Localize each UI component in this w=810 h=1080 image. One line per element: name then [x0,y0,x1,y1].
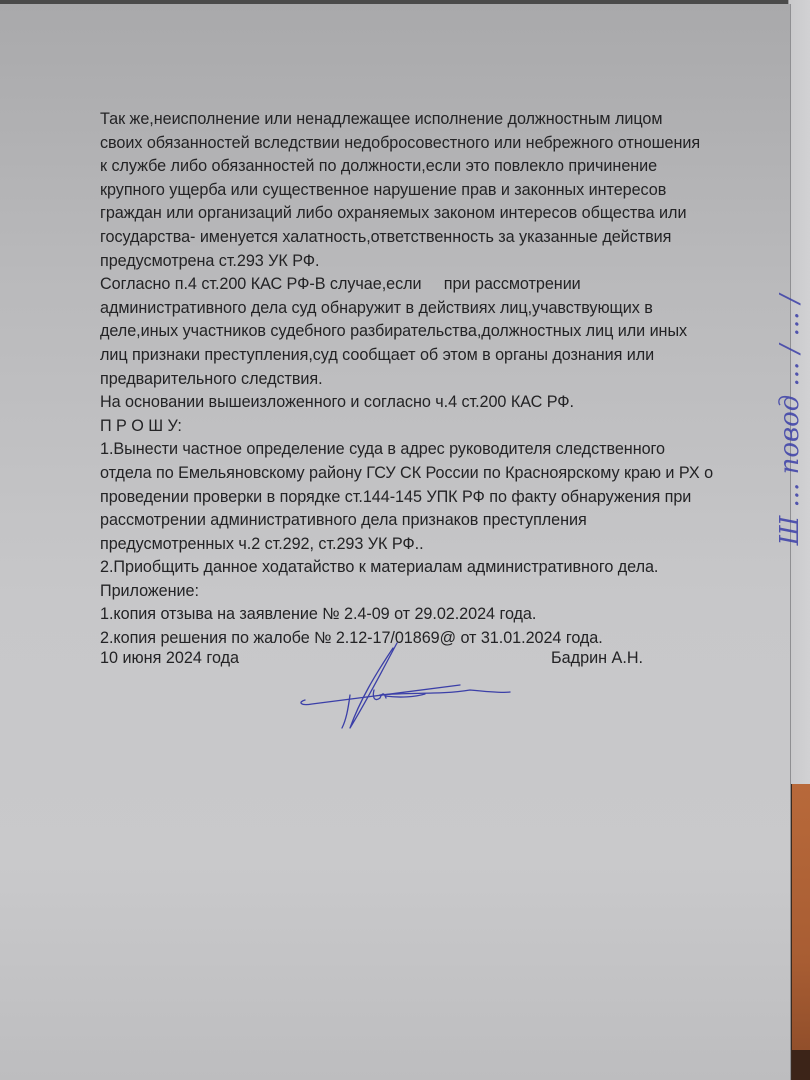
body-line: предварительного следствия. [100,368,780,392]
request-item-1-cont: рассмотрении административного дела приз… [100,509,780,533]
request-item-1-cont: предусмотренных ч.2 ст.292, ст.293 УК РФ… [100,533,780,557]
handwritten-signature-icon [290,640,530,740]
body-line: Согласно п.4 ст.200 КАС РФ-В случае,если… [100,273,780,297]
body-line: Так же,неисполнение или ненадлежащее исп… [100,108,780,132]
signatory-name: Бадрин А.Н. [551,649,643,668]
document-body: Так же,неисполнение или ненадлежащее исп… [100,108,780,651]
signature-date: 10 июня 2024 года [100,649,239,668]
request-item-1: 1.Вынести частное определение суда в адр… [100,438,780,462]
wooden-table-surface [792,784,810,1080]
body-line: административного дела суд обнаружит в д… [100,297,780,321]
request-item-2: 2.Приобщить данное ходатайство к материа… [100,556,780,580]
attachments-heading: Приложение: [100,580,780,604]
body-line: деле,иных участников судебного разбирате… [100,320,780,344]
body-line: государства- именуется халатность,ответс… [100,226,780,250]
attachment-item-1: 1.копия отзыва на заявление № 2.4-09 от … [100,603,780,627]
table-shadow [792,1050,810,1080]
body-line: граждан или организаций либо охраняемых … [100,202,780,226]
photo-scene: Так же,неисполнение или ненадлежащее исп… [0,0,810,1080]
body-line: крупного ущерба или существенное нарушен… [100,179,780,203]
margin-annotation: Ш ... повод ... / ... / [770,80,810,760]
body-line: своих обязанностей вследствии недобросов… [100,132,780,156]
body-line: к службе либо обязанностей по должности,… [100,155,780,179]
request-item-1-cont: проведении проверки в порядке ст.144-145… [100,486,780,510]
body-line: предусмотрена ст.293 УК РФ. [100,250,780,274]
margin-annotation-text: Ш ... повод ... / ... / [775,295,805,546]
body-line: лиц признаки преступления,суд сообщает о… [100,344,780,368]
body-line: На основании вышеизложенного и согласно … [100,391,780,415]
request-item-1-cont: отдела по Емельяновскому району ГСУ СК Р… [100,462,780,486]
request-heading: П Р О Ш У: [100,415,780,439]
